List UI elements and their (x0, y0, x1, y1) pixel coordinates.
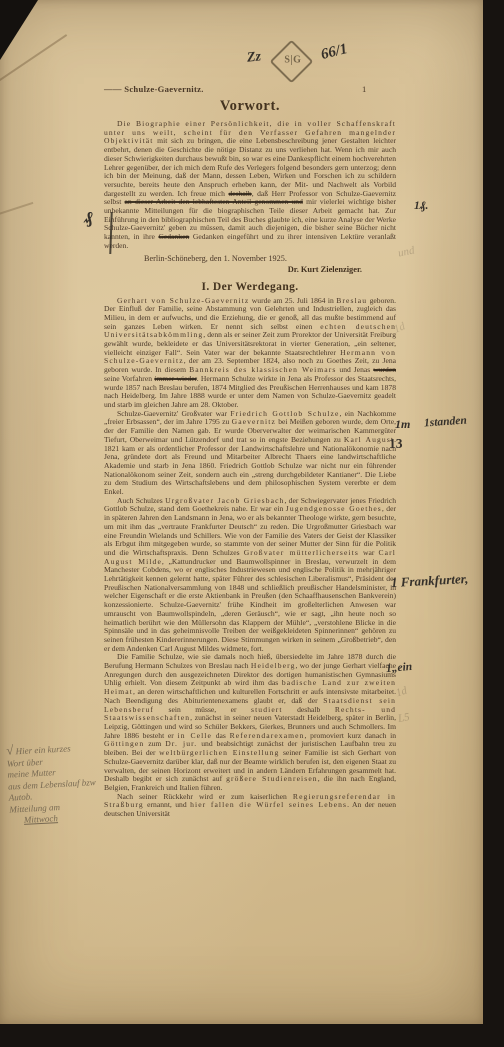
paper-page: Zz S|G 66/1 —— Schulze-Gaevernitz. 1 Vor… (0, 0, 483, 1024)
text-segment: ernannt, und (144, 800, 190, 809)
emphasized-text: Göttingen (104, 739, 144, 748)
paper-crease (0, 202, 33, 216)
emphasized-text: Heidelberg (251, 661, 296, 670)
text-segment: war (359, 548, 379, 557)
struck-text: an dieser Arbeit den lebhaftesten Anteil… (125, 197, 303, 206)
body-paragraph: Schulze-Gaevernitz' Großvater war Friedr… (104, 410, 396, 497)
preface-title: Vorwort. (104, 98, 396, 115)
pencil-note-line: Hier ein kurzes (15, 743, 70, 756)
body-paragraph: Gerhart von Schulze-Gaevernitz wurde am … (104, 297, 396, 410)
emphasized-text: in Celle (178, 731, 212, 740)
pencil-margin-note: √ Hier ein kurzes Wort über meine Mutter… (6, 739, 112, 827)
emphasized-text: Großvater mütterlicherseits (244, 548, 359, 557)
emphasized-text: Jugendgenosse Goethes (286, 504, 382, 513)
text-segment: . 1821 kam er als ordentlicher Professor… (104, 435, 396, 496)
text-segment: Schulze-Gaevernitz' Großvater war (117, 409, 230, 418)
emphasized-text: Bannkreis des klassischen Weimars (189, 365, 336, 374)
pencil-scribble: L5 (397, 711, 411, 725)
body-paragraph: Auch Schulzes Urgroßvater Jacob Griesbac… (104, 497, 396, 654)
text-segment: und Jenas (336, 365, 373, 374)
struck-text: Gedanken (158, 232, 189, 241)
text-block: Vorwort. Die Biographie einer Persönlich… (104, 0, 396, 819)
margin-note-m: 1m (395, 417, 410, 432)
emphasized-text: Gerhart von Schulze-Gaevernitz (117, 296, 249, 305)
author-signature: Dr. Kurt Zielenziger. (104, 265, 396, 274)
emphasized-text: größere Studienreisen (226, 774, 318, 783)
text-segment: , promoviert kurz danach in (305, 731, 396, 740)
emphasized-text: Urgroßvater Jacob Griesbach (165, 496, 284, 505)
margin-note-standen: 1standen (424, 415, 468, 430)
margin-note-deleatur: 1₰. (414, 200, 428, 212)
struck-text: wurden (373, 365, 396, 374)
margin-note-ein: 1„ein (386, 661, 413, 675)
dateline: Berlin-Schöneberg, den 1. November 1925. (144, 254, 396, 263)
pencil-scribble: 1d (394, 685, 408, 700)
deleatur-mark: ₰ (83, 208, 94, 229)
emphasized-text: weltbürgerlichen Einstellung (159, 748, 279, 757)
emphasized-text: Gaevernitz (232, 417, 276, 426)
emphasized-text: Friedrich Gottlob Schulze (230, 409, 339, 418)
text-segment: deshalb (283, 705, 335, 714)
emphasized-text: studiert (251, 705, 283, 714)
text-segment: Nach seiner Rückkehr wird er zum kaiserl… (117, 792, 293, 801)
margin-note-frankfurter: 1 Frankfurter, (391, 571, 469, 591)
emphasized-text: Breslau (336, 296, 367, 305)
check-mark: √ (6, 742, 14, 757)
margin-note-13: 13 (389, 436, 403, 452)
emphasized-text: Referendarexamen (230, 731, 305, 740)
torn-corner (0, 0, 38, 60)
struck-text: immer wieder (154, 374, 196, 383)
text-segment: zum (144, 739, 165, 748)
body-paragraph: Nach seiner Rückkehr wird er zum kaiserl… (104, 793, 396, 819)
text-segment: sein müsse, er (154, 705, 251, 714)
preface-paragraph: Die Biographie einer Persönlichkeit, die… (104, 120, 396, 251)
pencil-scribble: und (397, 244, 416, 259)
scanned-document: Zz S|G 66/1 —— Schulze-Gaevernitz. 1 Vor… (0, 0, 504, 1047)
emphasized-text: Dr. jur. (165, 739, 197, 748)
emphasized-text: hier fallen die Würfel seines Lebens (190, 800, 347, 809)
body-paragraph: Die Familie Schulze, wie sie damals noch… (104, 653, 396, 792)
text-segment: das (212, 731, 230, 740)
text-segment: wurde am 25. Juli 1864 in (249, 296, 336, 305)
struck-text: deshalb (228, 189, 251, 198)
text-segment: seine Vorfahren (104, 374, 154, 383)
text-segment: Auch Schulzes (117, 496, 165, 505)
text-segment: , „Kattundrucker und Baumwollspinner in … (104, 557, 396, 653)
section-heading: I. Der Werdegang. (104, 281, 396, 293)
emphasized-text: Karl August (344, 435, 394, 444)
